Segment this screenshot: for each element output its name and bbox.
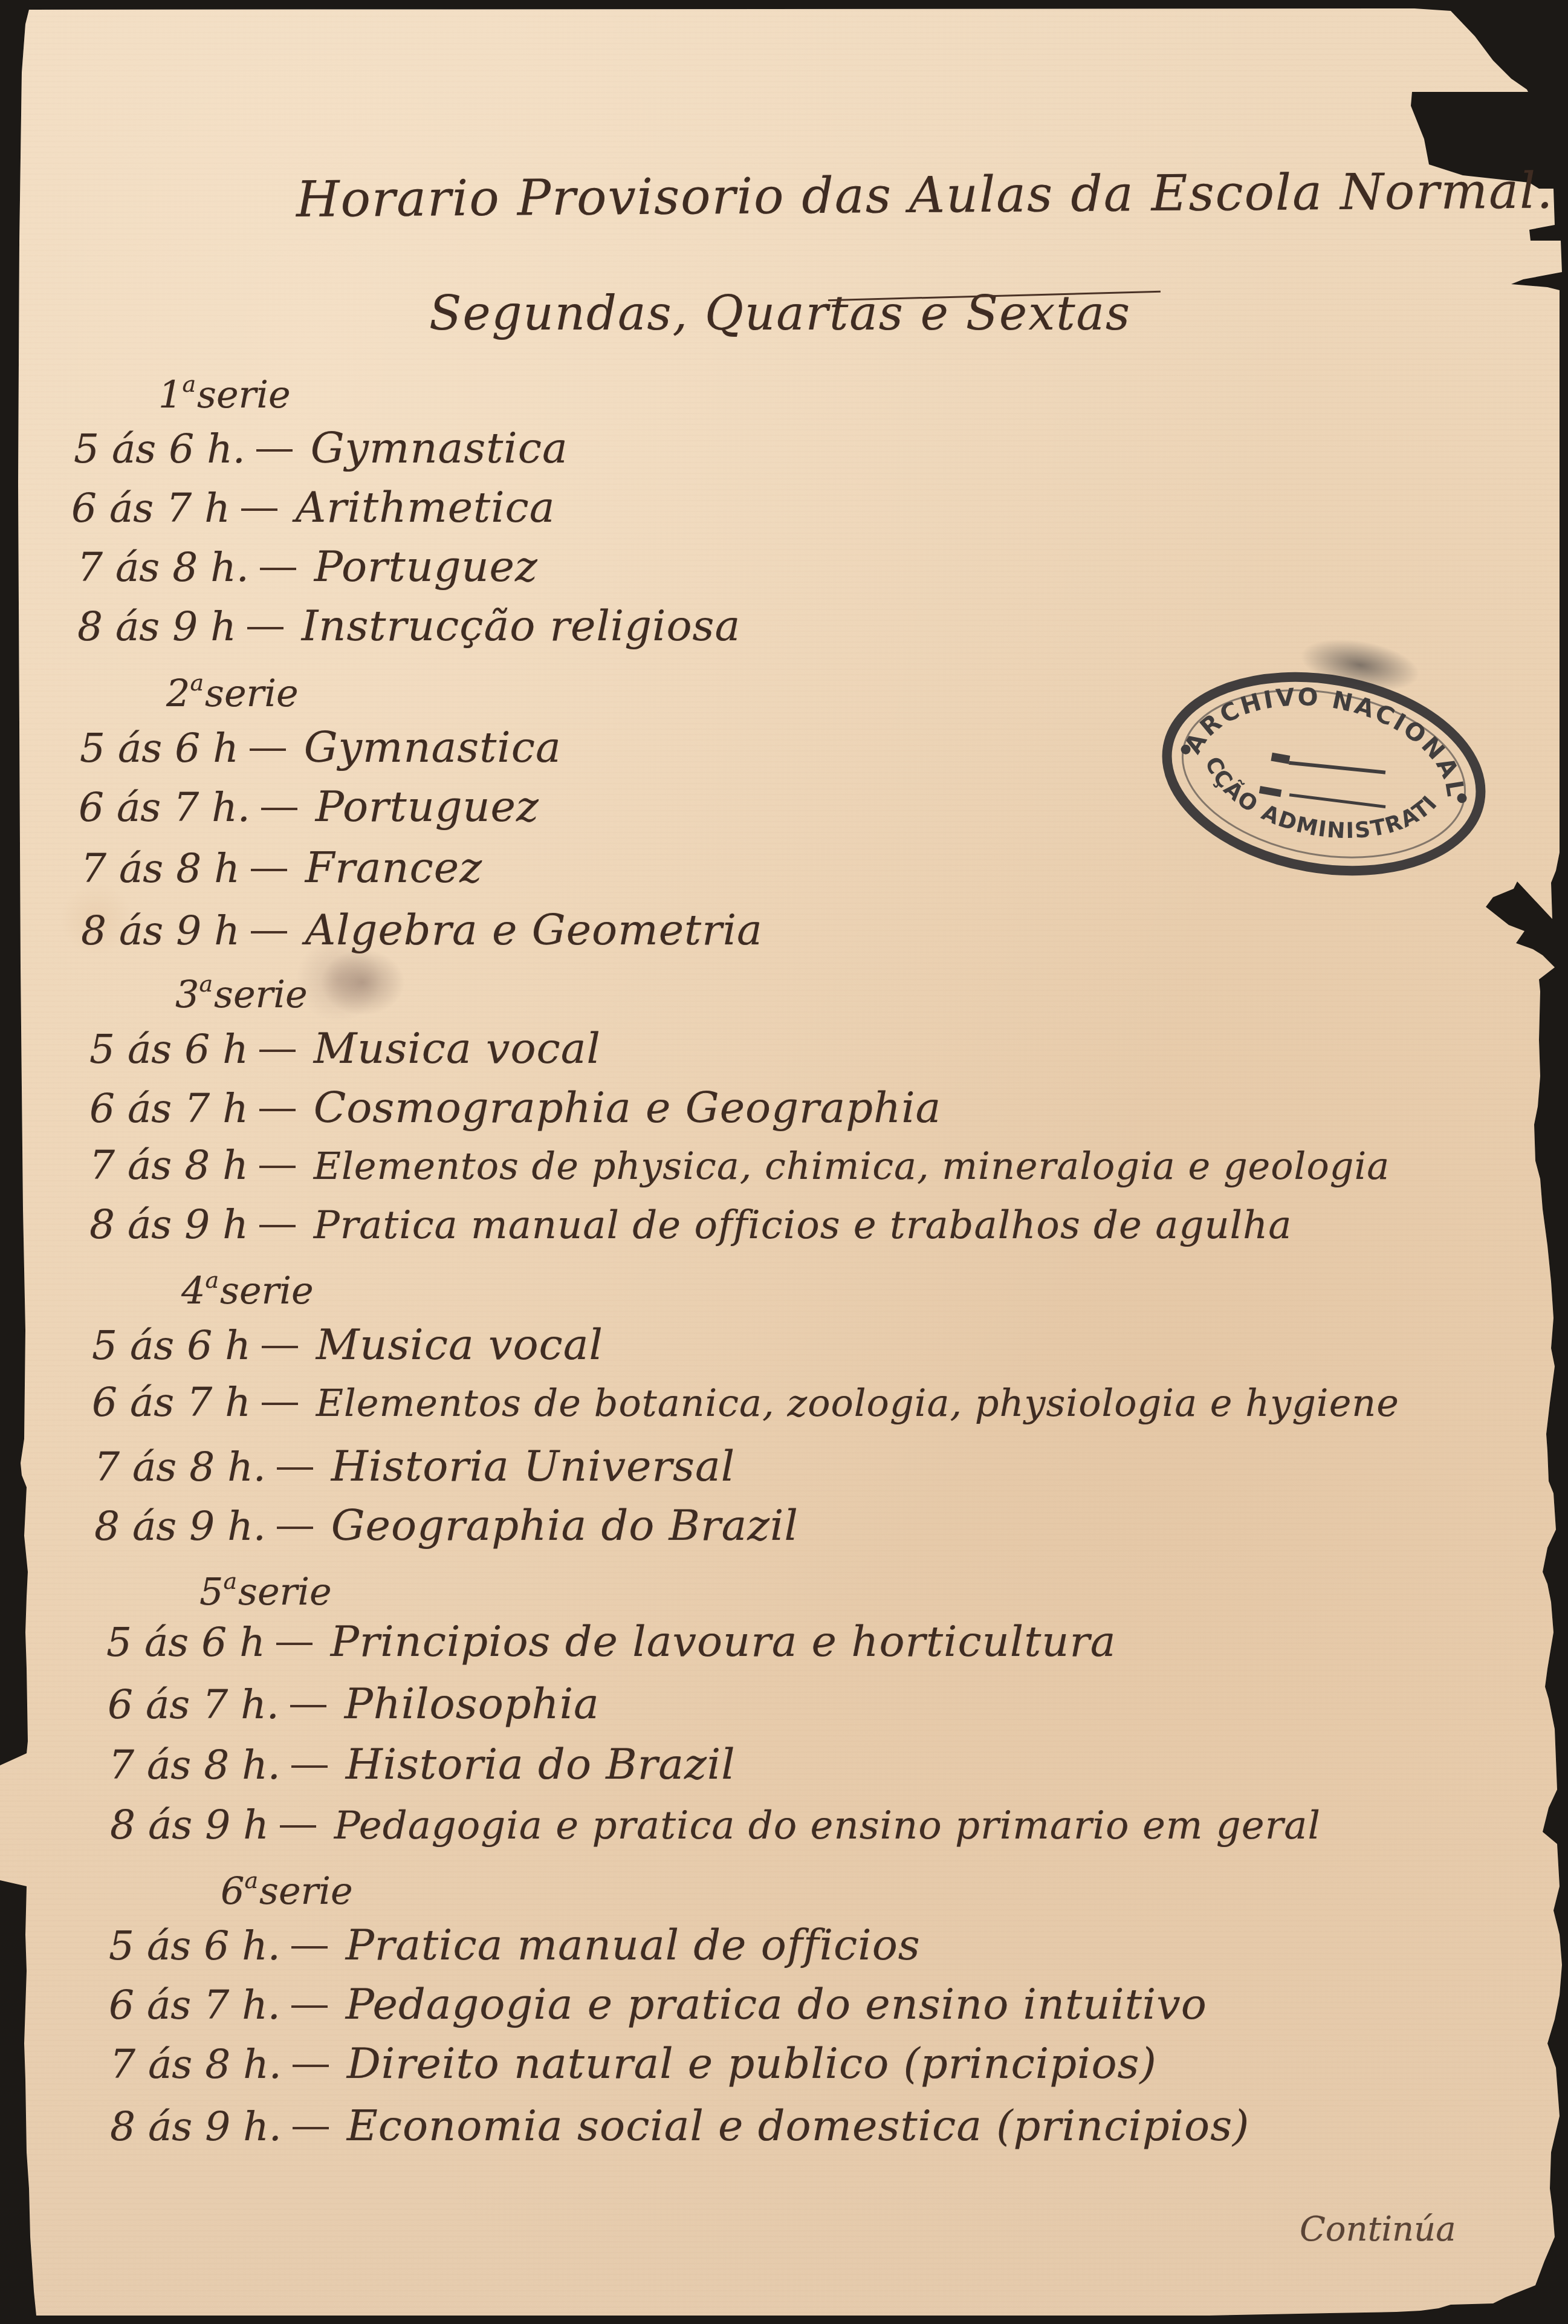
time-slot: 6 ás 7 h. xyxy=(108,1681,279,1728)
dash-separator xyxy=(259,1166,296,1168)
serie-heading-3: 3aserie xyxy=(175,972,308,1013)
subject: Gymnastica xyxy=(304,722,562,772)
schedule-row: 8 ás 9 hPedagogia e pratica do ensino pr… xyxy=(110,1802,1321,1848)
subject: Pedagogia e pratica do ensino primario e… xyxy=(334,1803,1321,1848)
schedule-row: 8 ás 9 hPratica manual de officios e tra… xyxy=(89,1201,1292,1248)
subject: Musica vocal xyxy=(314,1024,601,1073)
dash-separator xyxy=(277,1467,313,1470)
time-slot: 7 ás 8 h. xyxy=(109,1742,280,1788)
schedule-row: 7 ás 8 hFrancez xyxy=(81,843,482,892)
dash-separator xyxy=(241,508,277,511)
dash-separator xyxy=(262,1403,298,1405)
time-slot: 7 ás 8 h. xyxy=(77,544,249,591)
serie-word: serie xyxy=(238,1569,332,1614)
schedule-row: 8 ás 9 hInstrucção religiosa xyxy=(77,601,740,651)
serie-heading-1: 1aserie xyxy=(158,372,291,414)
serie-number: 3 xyxy=(175,972,199,1016)
time-slot: 8 ás 9 h. xyxy=(110,2103,282,2150)
dash-separator xyxy=(259,1050,296,1052)
schedule-row: 6 ás 7 hElementos de botanica, zoologia,… xyxy=(92,1379,1399,1426)
serie-ordinal: a xyxy=(199,970,213,997)
subject: Musica vocal xyxy=(316,1320,603,1369)
serie-ordinal: a xyxy=(223,1568,237,1594)
time-slot: 8 ás 9 h xyxy=(89,1201,248,1248)
dash-separator xyxy=(250,748,286,751)
serie-number: 4 xyxy=(181,1268,205,1313)
serie-ordinal: a xyxy=(182,371,196,397)
schedule-row: 5 ás 6 hGymnastica xyxy=(80,722,562,772)
time-slot: 8 ás 9 h xyxy=(110,1802,269,1848)
schedule-row: 7 ás 8 h.Historia Universal xyxy=(94,1441,735,1491)
dash-separator xyxy=(256,449,293,452)
document-subtitle: Segundas, Quartas e Sextas xyxy=(429,290,1131,337)
dash-separator xyxy=(276,1643,313,1645)
serie-word: serie xyxy=(220,1268,314,1313)
time-slot: 6 ás 7 h xyxy=(71,485,230,531)
subject: Portuguez xyxy=(316,782,539,831)
subject: Pratica manual de officios e trabalhos d… xyxy=(314,1203,1292,1248)
dash-separator xyxy=(259,1225,296,1227)
subject: Historia do Brazil xyxy=(346,1739,736,1789)
subject: Arithmetica xyxy=(296,482,556,532)
time-slot: 6 ás 7 h. xyxy=(109,1982,280,2028)
time-slot: 7 ás 8 h. xyxy=(94,1444,266,1490)
subject: Instrucção religiosa xyxy=(302,601,741,651)
schedule-row: 6 ás 7 hCosmographia e Geographia xyxy=(89,1083,941,1132)
continues-note: Continúa xyxy=(1300,2213,1456,2247)
subject: Algebra e Geometria xyxy=(305,905,763,955)
serie-word: serie xyxy=(197,372,291,417)
time-slot: 8 ás 9 h. xyxy=(94,1503,266,1550)
time-slot: 5 ás 6 h. xyxy=(109,1923,280,1969)
schedule-row: 6 ás 7 h.Philosophia xyxy=(108,1679,600,1728)
serie-ordinal: a xyxy=(205,1267,219,1293)
schedule-row: 5 ás 6 hMusica vocal xyxy=(89,1024,601,1073)
dash-separator xyxy=(262,1346,298,1348)
time-slot: 8 ás 9 h xyxy=(77,603,236,650)
time-slot: 7 ás 8 h xyxy=(89,1142,248,1189)
subject: Portuguez xyxy=(314,542,538,591)
time-slot: 6 ás 7 h xyxy=(89,1085,248,1132)
schedule-row: 6 ás 7 h.Pedagogia e pratica do ensino i… xyxy=(109,1979,1207,2029)
subject: Francez xyxy=(305,843,482,892)
schedule-row: 7 ás 8 hElementos de physica, chimica, m… xyxy=(89,1142,1390,1189)
subject: Elementos de physica, chimica, mineralog… xyxy=(314,1144,1390,1188)
subject: Historia Universal xyxy=(331,1441,735,1491)
dash-separator xyxy=(251,869,287,871)
dash-separator xyxy=(247,627,283,629)
schedule-row: 8 ás 9 h.Geographia do Brazil xyxy=(94,1501,799,1550)
schedule-row: 7 ás 8 h.Direito natural e publico (prin… xyxy=(110,2039,1157,2088)
time-slot: 5 ás 6 h xyxy=(80,725,239,771)
serie-number: 2 xyxy=(166,671,190,715)
serie-number: 5 xyxy=(199,1569,223,1614)
serie-heading-5: 5aserie xyxy=(199,1569,332,1611)
schedule-row: 5 ás 6 h.Gymnastica xyxy=(74,423,568,473)
dash-separator xyxy=(259,1109,296,1111)
schedule-row: 6 ás 7 hArithmetica xyxy=(71,482,556,532)
serie-number: 6 xyxy=(221,1869,244,1913)
schedule-row: 7 ás 8 h.Historia do Brazil xyxy=(109,1739,736,1789)
subject: Geographia do Brazil xyxy=(331,1501,799,1550)
dash-separator xyxy=(261,808,297,810)
schedule-row: 6 ás 7 h.Portuguez xyxy=(79,782,539,831)
time-slot: 7 ás 8 h. xyxy=(110,2041,282,2088)
dash-separator xyxy=(291,2005,328,2008)
serie-word: serie xyxy=(214,972,308,1016)
time-slot: 5 ás 6 h xyxy=(106,1619,265,1666)
dash-separator xyxy=(260,568,296,570)
subject: Principios de lavoura e horticultura xyxy=(331,1617,1116,1666)
dash-separator xyxy=(280,1825,316,1828)
time-slot: 7 ás 8 h xyxy=(81,845,240,892)
subject: Direito natural e publico (principios) xyxy=(347,2039,1157,2088)
schedule-row: 7 ás 8 h.Portuguez xyxy=(77,542,538,591)
time-slot: 8 ás 9 h xyxy=(81,907,240,954)
schedule-row: 8 ás 9 hAlgebra e Geometria xyxy=(81,905,763,955)
ink-smudge xyxy=(320,949,405,1016)
serie-heading-2: 2aserie xyxy=(166,671,299,712)
serie-heading-6: 6aserie xyxy=(221,1869,353,1910)
schedule-row: 8 ás 9 h.Economia social e domestica (pr… xyxy=(110,2101,1249,2150)
serie-word: serie xyxy=(205,671,299,715)
subject: Economia social e domestica (principios) xyxy=(347,2101,1250,2150)
document-title: Horario Provisorio das Aulas da Escola N… xyxy=(296,166,1554,225)
dash-separator xyxy=(277,1527,313,1529)
subject: Elementos de botanica, zoologia, physiol… xyxy=(316,1381,1399,1425)
schedule-row: 5 ás 6 hMusica vocal xyxy=(92,1320,603,1369)
time-slot: 5 ás 6 h xyxy=(89,1026,248,1073)
subject: Pratica manual de officios xyxy=(346,1920,921,1970)
schedule-row: 5 ás 6 h.Pratica manual de officios xyxy=(109,1920,921,1970)
serie-word: serie xyxy=(259,1869,353,1913)
serie-ordinal: a xyxy=(190,669,204,696)
subject: Cosmographia e Geographia xyxy=(314,1083,942,1132)
archival-document-scan: Horario Provisorio das Aulas da Escola N… xyxy=(0,0,1568,2324)
subject: Gymnastica xyxy=(311,423,568,473)
dash-separator xyxy=(290,1705,326,1707)
dash-separator xyxy=(251,931,287,933)
subject: Philosophia xyxy=(345,1679,600,1728)
dash-separator xyxy=(291,1765,328,1768)
time-slot: 5 ás 6 h xyxy=(92,1322,251,1369)
schedule-row: 5 ás 6 hPrincipios de lavoura e horticul… xyxy=(106,1617,1116,1666)
serie-number: 1 xyxy=(158,372,182,417)
dash-separator xyxy=(293,2065,329,2067)
time-slot: 5 ás 6 h. xyxy=(74,426,245,472)
serie-ordinal: a xyxy=(244,1867,258,1894)
time-slot: 6 ás 7 h. xyxy=(79,784,250,831)
dash-separator xyxy=(291,1946,328,1949)
serie-heading-4: 4aserie xyxy=(181,1268,314,1310)
dash-separator xyxy=(293,2127,329,2129)
subject: Pedagogia e pratica do ensino intuitivo xyxy=(346,1979,1207,2029)
time-slot: 6 ás 7 h xyxy=(92,1379,251,1426)
